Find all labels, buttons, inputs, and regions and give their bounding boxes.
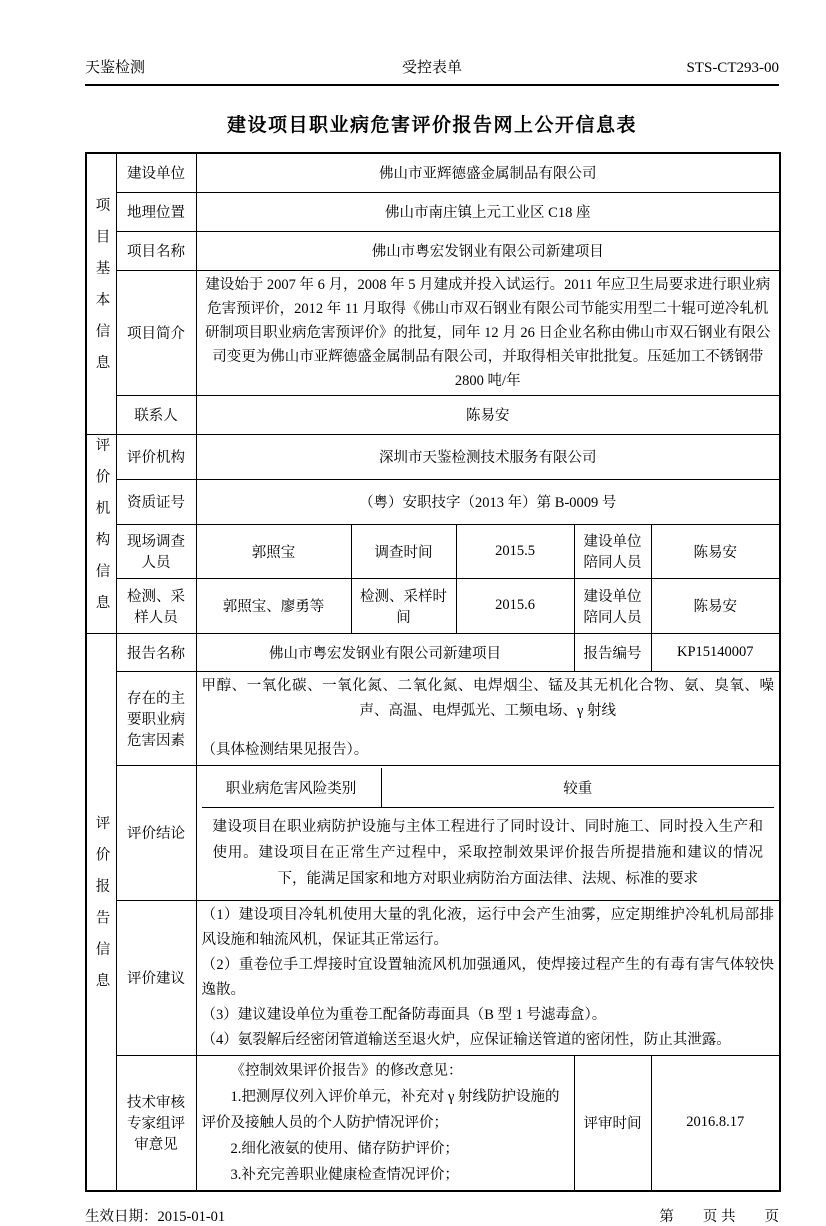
document-page: 天鉴检测 受控表单 STS-CT293-00 建设项目职业病危害评价报告网上公开… <box>0 0 826 1169</box>
header-form-type: 受控表单 <box>316 56 547 77</box>
header-doc-number: STS-CT293-00 <box>548 60 779 77</box>
review-heading: 《控制效果评价报告》的修改意见： <box>202 1058 569 1084</box>
field-label-hazard-factors: 存在的主要职业病危害因素 <box>116 671 196 765</box>
field-value-expert-review: 《控制效果评价报告》的修改意见： 1.把测厚仪列入评价单元，补充对 γ 射线防护… <box>196 1055 574 1191</box>
field-value-survey-companion: 陈易安 <box>651 524 780 578</box>
field-label-sampling-person: 检测、采样人员 <box>116 579 196 633</box>
field-value-survey-time: 2015.5 <box>456 524 574 578</box>
field-label-conclusion: 评价结论 <box>116 765 196 900</box>
field-value-project-name: 佛山市粤宏发钢业有限公司新建项目 <box>196 231 780 270</box>
section-label: 评价机构信息 <box>94 437 109 626</box>
section-agency-info: 评价机构信息 <box>86 434 116 633</box>
field-value-conclusion: 职业病危害风险类别 较重 建设项目在职业病防护设施与主体工程进行了同时设计、同时… <box>196 765 780 900</box>
footer-effective-date: 生效日期：2015-01-01 <box>85 1205 225 1226</box>
row-site-survey: 现场调查人员 郭照宝 调查时间 2015.5 建设单位陪同人员 陈易安 <box>86 524 780 578</box>
field-label-site-survey-person: 现场调查人员 <box>116 524 196 578</box>
suggestion-item-2: （2）重卷位手工焊接时宜设置轴流风机加强通风，使焊接过程产生的有毒有害气体较快逸… <box>202 953 775 1003</box>
field-label-agency: 评价机构 <box>116 434 196 479</box>
field-label-contact: 联系人 <box>116 395 196 434</box>
field-value-project-brief: 建设始于 2007 年 6 月，2008 年 5 月建成并投入试运行。2011 … <box>196 270 780 395</box>
field-value-suggestions: （1）建设项目冷轧机使用大量的乳化液，运行中会产生油雾，应定期维护冷轧机局部排风… <box>196 900 780 1055</box>
review-item-1: 1.把测厚仪列入评价单元，补充对 γ 射线防护设施的评价及接触人员的个人防护情况… <box>202 1084 569 1136</box>
field-value-hazard-factors: 甲醇、一氧化碳、一氧化氮、二氧化氮、电焊烟尘、锰及其无机化合物、氨、臭氧、噪声、… <box>196 671 780 765</box>
field-label-suggestions: 评价建议 <box>116 900 196 1055</box>
field-value-site-survey-person: 郭照宝 <box>196 524 351 578</box>
field-label-sampling-time: 检测、采样时间 <box>351 579 456 633</box>
field-value-sampling-companion: 陈易安 <box>651 579 780 633</box>
field-label-survey-companion: 建设单位陪同人员 <box>574 524 651 578</box>
field-value-qualification-no: （粤）安职技字（2013 年）第 B-0009 号 <box>196 479 780 524</box>
row-project-brief: 项目简介 建设始于 2007 年 6 月，2008 年 5 月建成并投入试运行。… <box>86 270 780 395</box>
section-label: 项目基本信息 <box>94 197 109 386</box>
suggestion-item-3: （3）建议建设单位为重卷工配备防毒面具（B 型 1 号滤毒盒）。 <box>202 1003 775 1028</box>
hazard-factors-note: （具体检测结果见报告）。 <box>202 738 775 763</box>
field-value-contact: 陈易安 <box>196 395 780 434</box>
section-project-basic-info: 项目基本信息 <box>86 153 116 434</box>
document-header: 天鉴检测 受控表单 STS-CT293-00 <box>85 56 779 86</box>
field-label-report-name: 报告名称 <box>116 633 196 671</box>
row-expert-review: 技术审核专家组评审意见 《控制效果评价报告》的修改意见： 1.把测厚仪列入评价单… <box>86 1055 780 1191</box>
field-label-sampling-companion: 建设单位陪同人员 <box>574 579 651 633</box>
review-item-2: 2.细化液氨的使用、储存防护评价； <box>202 1136 569 1162</box>
field-value-report-number: KP15140007 <box>651 633 780 671</box>
row-project-name: 项目名称 佛山市粤宏发钢业有限公司新建项目 <box>86 231 780 270</box>
section-label: 评价报告信息 <box>94 815 109 1004</box>
section-report-info: 评价报告信息 <box>86 633 116 1191</box>
field-value-sampling-time: 2015.6 <box>456 579 574 633</box>
info-table: 项目基本信息 建设单位 佛山市亚辉德盛金属制品有限公司 地理位置 佛山市南庄镇上… <box>85 152 781 1192</box>
field-label-review-time: 评审时间 <box>574 1055 651 1191</box>
risk-category-label: 职业病危害风险类别 <box>202 768 382 807</box>
row-location: 地理位置 佛山市南庄镇上元工业区 C18 座 <box>86 192 780 231</box>
row-report-name: 评价报告信息 报告名称 佛山市粤宏发钢业有限公司新建项目 报告编号 KP1514… <box>86 633 780 671</box>
conclusion-text: 建设项目在职业病防护设施与主体工程进行了同时设计、同时施工、同时投入生产和使用。… <box>202 808 775 898</box>
field-label-project-brief: 项目简介 <box>116 270 196 395</box>
document-footer: 生效日期：2015-01-01 第 页 共 页 <box>85 1205 779 1226</box>
row-suggestions: 评价建议 （1）建设项目冷轧机使用大量的乳化液，运行中会产生油雾，应定期维护冷轧… <box>86 900 780 1055</box>
header-company: 天鉴检测 <box>85 56 316 77</box>
row-contact: 联系人 陈易安 <box>86 395 780 434</box>
page-title: 建设项目职业病危害评价报告网上公开信息表 <box>85 110 779 137</box>
field-value-report-name: 佛山市粤宏发钢业有限公司新建项目 <box>196 633 574 671</box>
risk-category-value: 较重 <box>382 768 775 807</box>
hazard-factors-text: 甲醇、一氧化碳、一氧化氮、二氧化氮、电焊烟尘、锰及其无机化合物、氨、臭氧、噪声、… <box>202 674 775 724</box>
field-value-sampling-person: 郭照宝、廖勇等 <box>196 579 351 633</box>
row-agency: 评价机构信息 评价机构 深圳市天鉴检测技术服务有限公司 <box>86 434 780 479</box>
field-label-expert-review: 技术审核专家组评审意见 <box>116 1055 196 1191</box>
field-value-location: 佛山市南庄镇上元工业区 C18 座 <box>196 192 780 231</box>
row-sampling: 检测、采样人员 郭照宝、廖勇等 检测、采样时间 2015.6 建设单位陪同人员 … <box>86 579 780 633</box>
field-label-location: 地理位置 <box>116 192 196 231</box>
suggestion-item-1: （1）建设项目冷轧机使用大量的乳化液，运行中会产生油雾，应定期维护冷轧机局部排风… <box>202 903 775 953</box>
row-conclusion: 评价结论 职业病危害风险类别 较重 建设项目在职业病防护设施与主体工程进行了同时… <box>86 765 780 900</box>
suggestion-item-4: （4）氨裂解后经密闭管道输送至退火炉，应保证输送管道的密闭性，防止其泄露。 <box>202 1028 775 1053</box>
row-hazard-factors: 存在的主要职业病危害因素 甲醇、一氧化碳、一氧化氮、二氧化氮、电焊烟尘、锰及其无… <box>86 671 780 765</box>
field-label-survey-time: 调查时间 <box>351 524 456 578</box>
row-qualification-no: 资质证号 （粤）安职技字（2013 年）第 B-0009 号 <box>86 479 780 524</box>
field-label-construction-unit: 建设单位 <box>116 153 196 192</box>
risk-category-row: 职业病危害风险类别 较重 <box>202 768 775 808</box>
footer-page-info: 第 页 共 页 <box>659 1205 779 1226</box>
field-label-report-number: 报告编号 <box>574 633 651 671</box>
field-value-review-time: 2016.8.17 <box>651 1055 780 1191</box>
review-item-3: 3.补充完善职业健康检查情况评价； <box>202 1162 569 1188</box>
row-construction-unit: 项目基本信息 建设单位 佛山市亚辉德盛金属制品有限公司 <box>86 153 780 192</box>
field-label-qualification-no: 资质证号 <box>116 479 196 524</box>
field-value-construction-unit: 佛山市亚辉德盛金属制品有限公司 <box>196 153 780 192</box>
field-value-agency: 深圳市天鉴检测技术服务有限公司 <box>196 434 780 479</box>
field-label-project-name: 项目名称 <box>116 231 196 270</box>
